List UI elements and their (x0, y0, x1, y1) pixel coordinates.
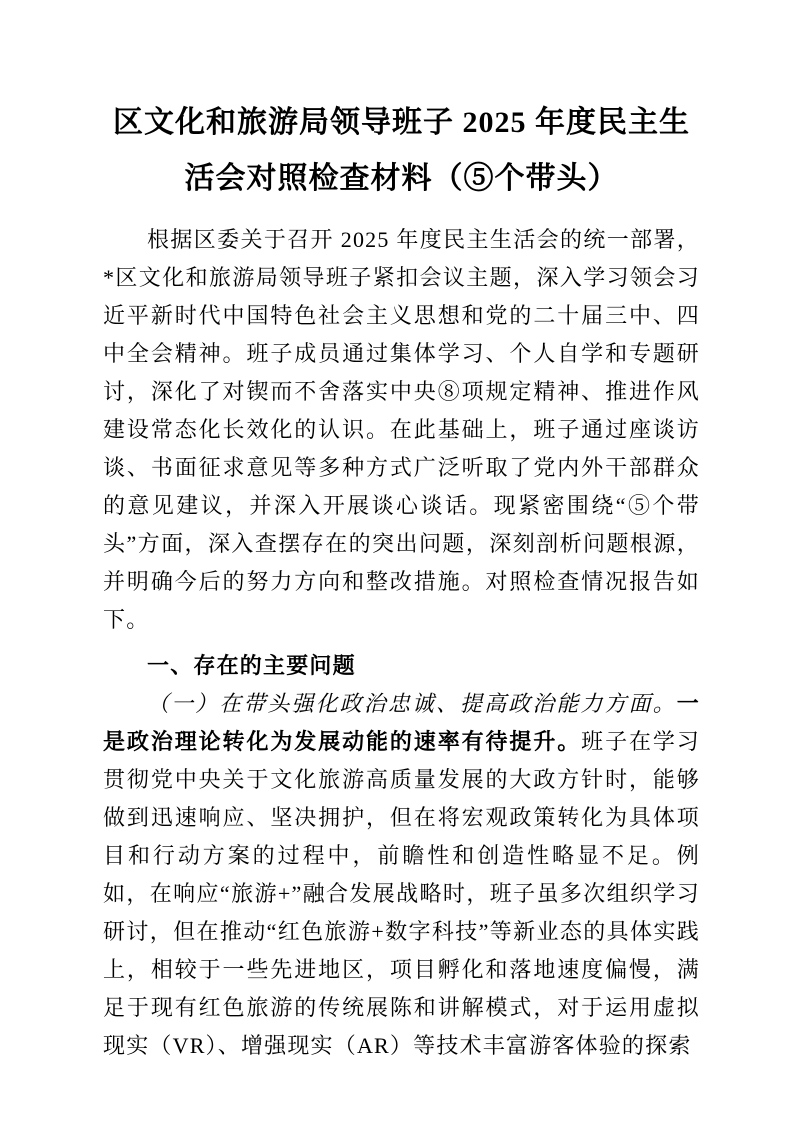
document-page: 区文化和旅游局领导班子 2025 年度民主生 活会对照检查材料（⑤个带头） 根据… (0, 0, 800, 1131)
problem-item-1-paragraph: （一）在带头强化政治忠诚、提高政治能力方面。一是政治理论转化为发展动能的速率有待… (103, 685, 700, 1065)
document-title: 区文化和旅游局领导班子 2025 年度民主生 活会对照检查材料（⑤个带头） (103, 95, 700, 207)
problem-item-1-lead: （一）在带头强化政治忠诚、提高政治能力方面。 (147, 691, 677, 716)
document-title-line-2: 活会对照检查材料（⑤个带头） (103, 151, 700, 207)
document-title-line-1: 区文化和旅游局领导班子 2025 年度民主生 (103, 95, 700, 151)
intro-paragraph: 根据区委关于召开 2025 年度民主生活会的统一部署，*区文化和旅游局领导班子紧… (103, 221, 700, 639)
section-heading-main-problems: 一、存在的主要问题 (103, 647, 700, 685)
problem-item-1-detail: 班子在学习贯彻党中央关于文化旅游高质量发展的大政方针时，能够做到迅速响应、坚决拥… (103, 729, 700, 1058)
